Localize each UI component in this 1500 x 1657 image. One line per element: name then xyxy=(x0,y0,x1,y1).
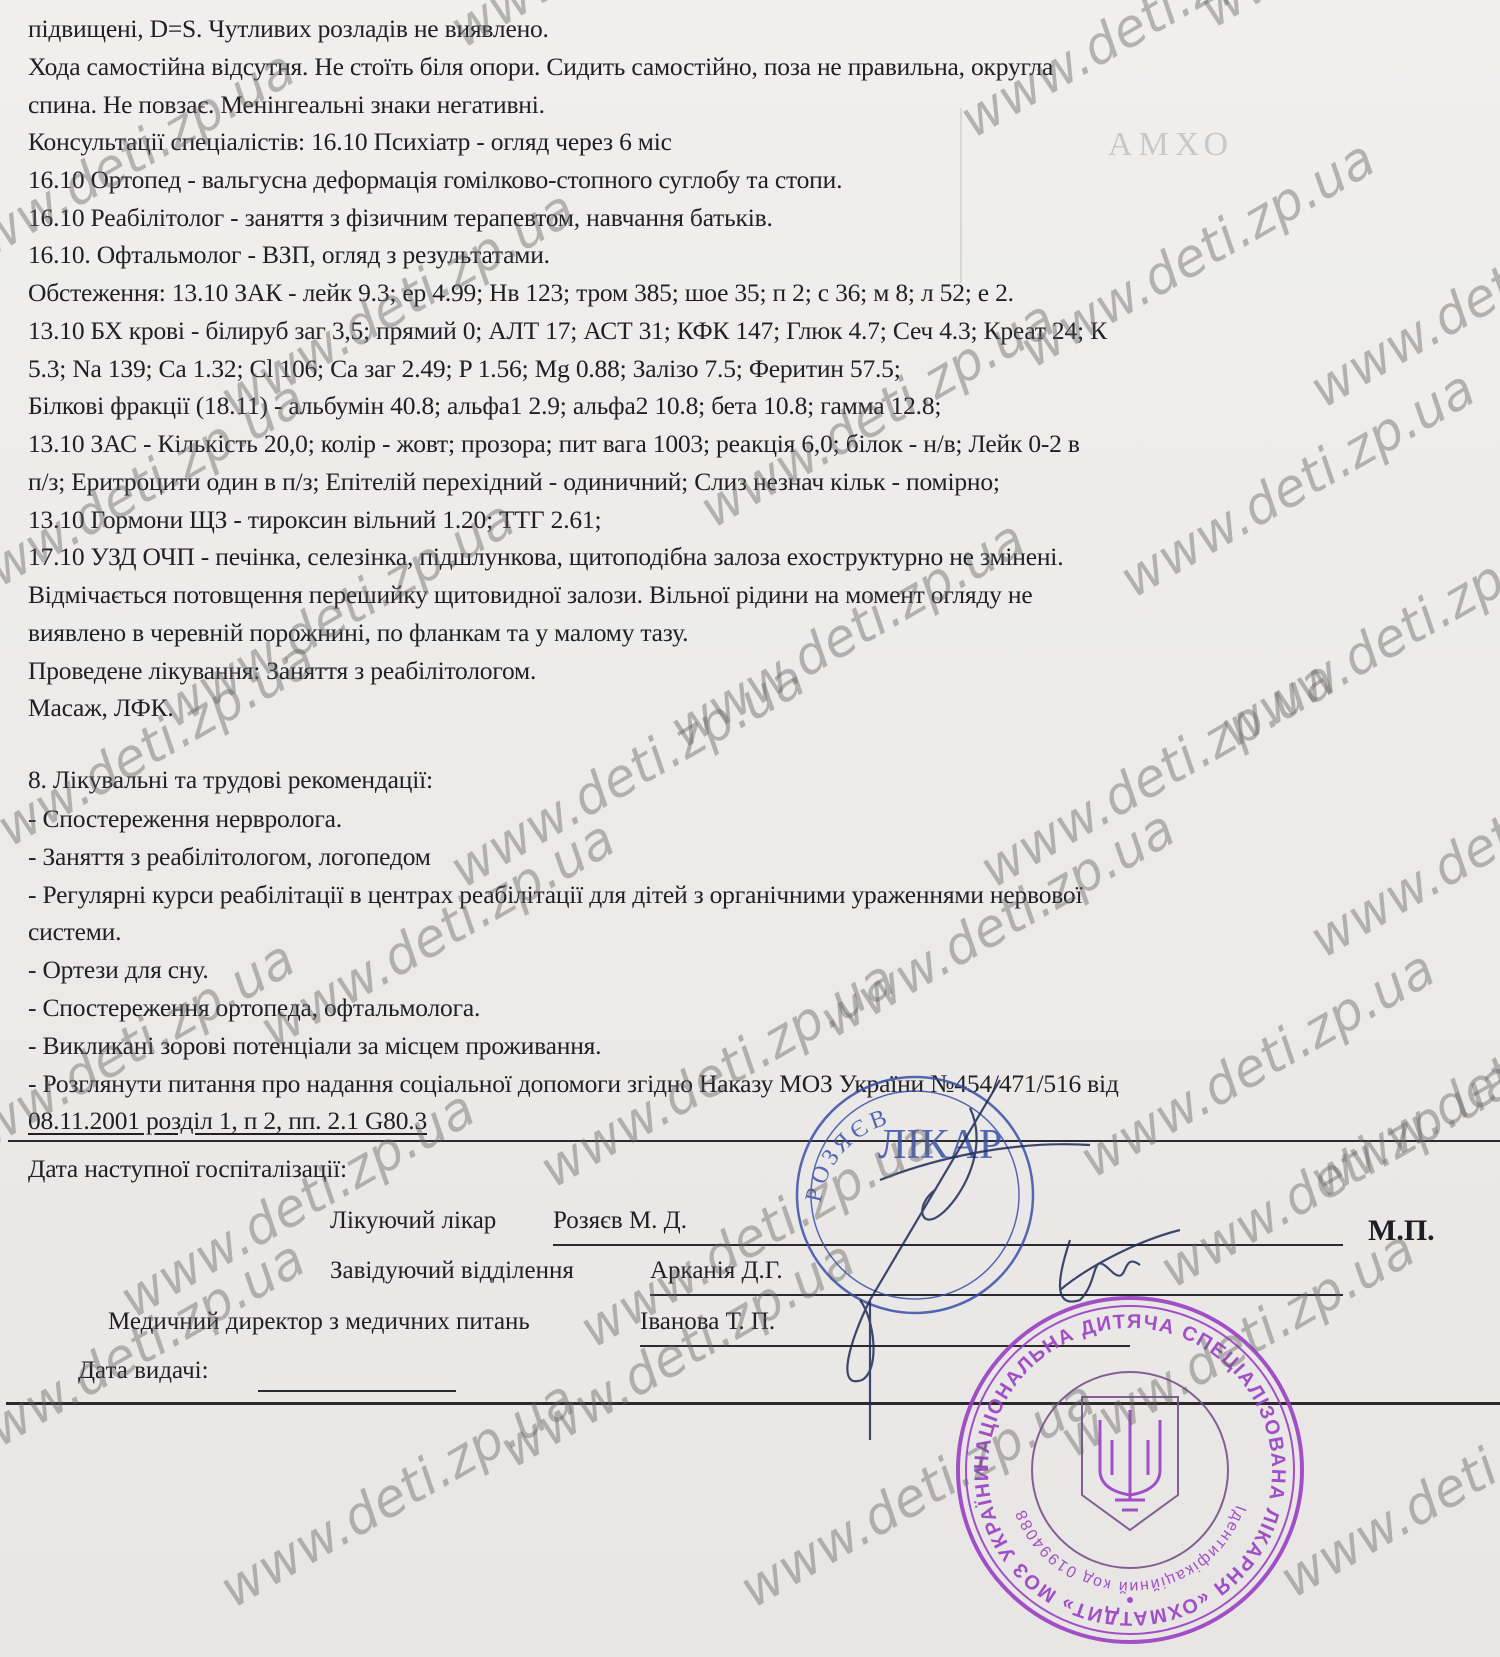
document-page: АМХО підвищені, D=S. Чутливих розладів н… xyxy=(0,0,1500,1657)
svg-text:НАЦІОНАЛЬНА ДИТЯЧА СПЕЦІАЛІЗОВ: НАЦІОНАЛЬНА ДИТЯЧА СПЕЦІАЛІЗОВАНА ЛІКАРН… xyxy=(0,0,1289,1629)
doctor-stamp: ЛІКАР РОЗЯЄВ xyxy=(797,1077,1033,1313)
trident-emblem-icon xyxy=(1082,1397,1178,1530)
hospital-seal: НАЦІОНАЛЬНА ДИТЯЧА СПЕЦІАЛІЗОВАНА ЛІКАРН… xyxy=(0,0,1302,1642)
stamps-overlay: ЛІКАР РОЗЯЄВ НАЦІОНАЛЬНА ДИТЯЧА СПЕЦІАЛІ… xyxy=(0,0,1500,1657)
